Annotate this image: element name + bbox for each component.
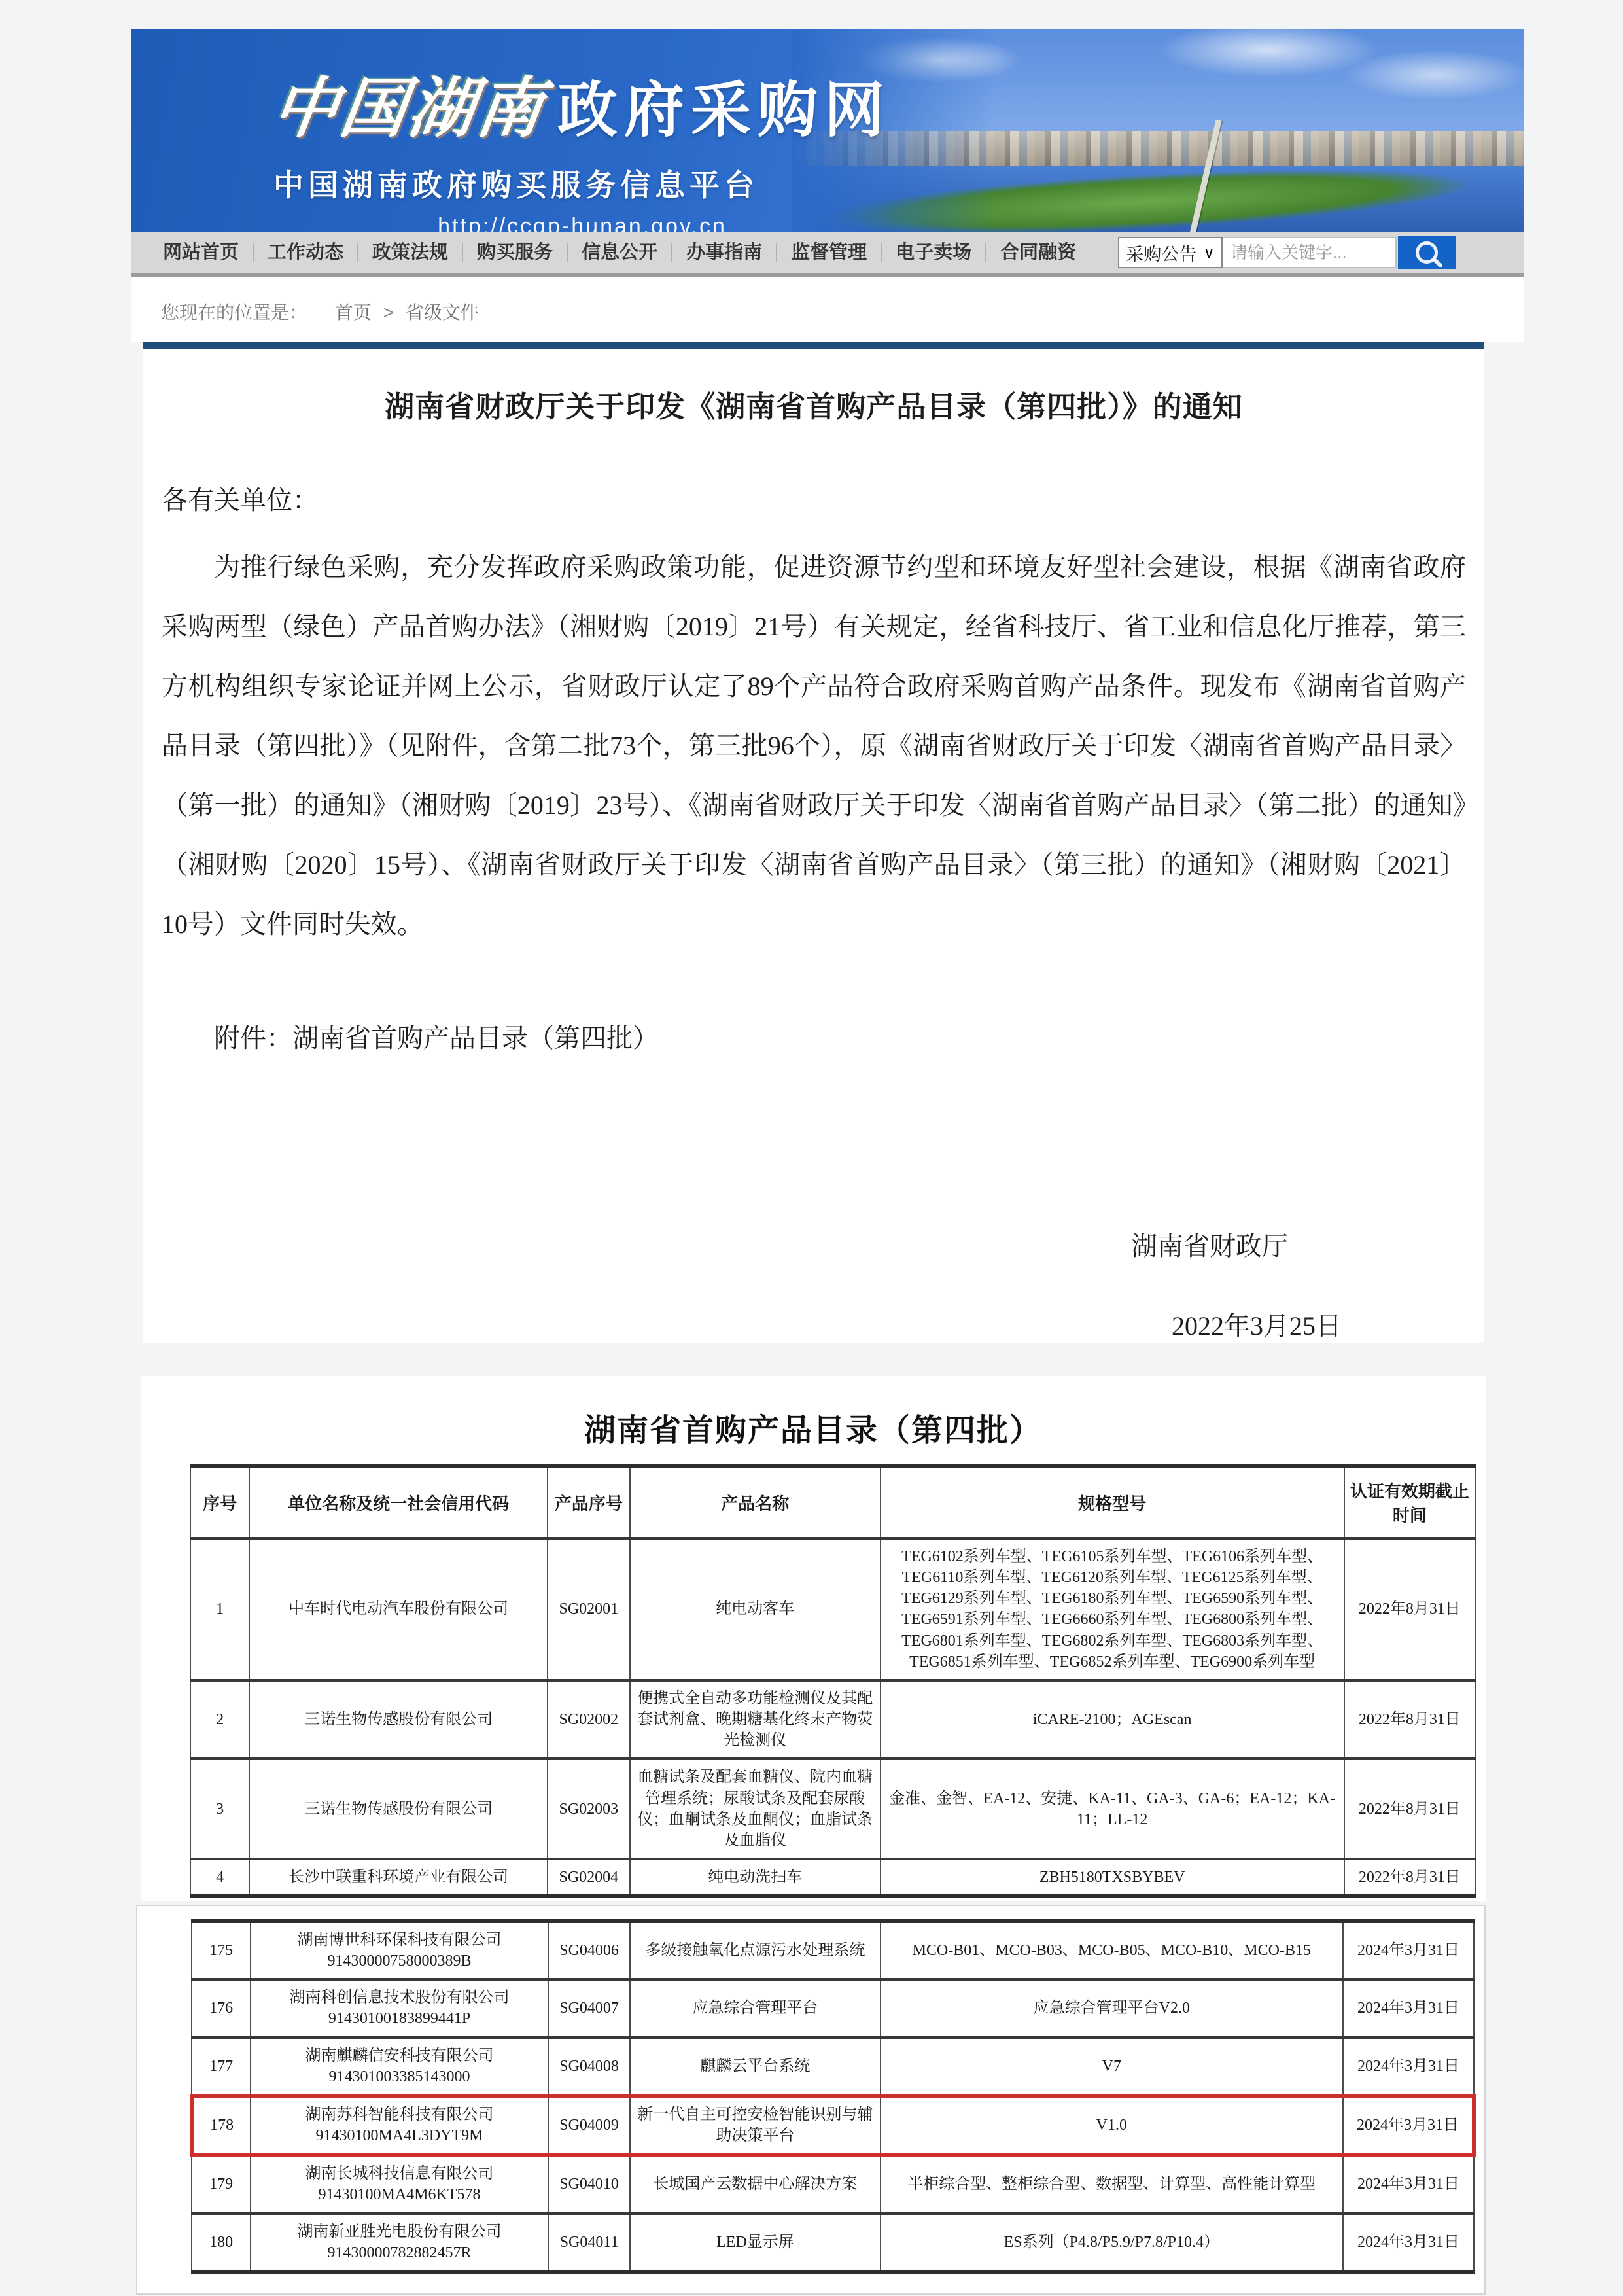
company-credit-code: 91430100MA4M6KT578 [256,2184,542,2205]
logo-main-text: 政府采购网 [557,62,891,149]
notice-date: 2022年3月25日 [1172,1305,1342,1343]
nav-item-2[interactable]: 政策法规 [358,243,463,262]
banner-fade [792,29,1524,232]
catalog-cell-product-no: SG02002 [548,1680,630,1759]
catalog-cell-product-name: 新一代自主可控安检智能识别与辅助决策平台 [630,2096,880,2155]
breadcrumb: 您现在的位置是： 首页 > 省级文件 [161,298,479,325]
catalog-row-1: 1中车时代电动汽车股份有限公司SG02001纯电动客车TEG6102系列车型、T… [190,1538,1475,1680]
catalog-cell-product-name: 纯电动洗扫车 [630,1859,881,1896]
company-name: 长沙中联重科环境产业有限公司 [255,1867,542,1888]
company-credit-code: 914301003385143000 [256,2066,542,2087]
company-credit-code: 91430000758000389B [256,1951,542,1971]
catalog-cell-row-no: 180 [192,2214,251,2272]
catalog-title: 湖南省首购产品目录（第四批） [141,1405,1486,1450]
site-subtitle: 中国湖南政府购买服务信息平台 [273,162,891,205]
catalog-cell-product-name: LED显示屏 [630,2214,880,2272]
catalog-cell-row-no: 3 [190,1759,249,1859]
search-area: 采购公告 ∨ [1118,232,1524,273]
catalog-cell-row-no: 176 [192,1979,251,2037]
search-button[interactable] [1398,236,1456,269]
company-name: 湖南苏科智能科技有限公司 [256,2104,542,2125]
company-name: 湖南博世科环保科技有限公司 [256,1930,542,1951]
nav-item-3[interactable]: 购买服务 [463,243,568,262]
catalog-cell-valid-until: 2022年8月31日 [1344,1859,1475,1896]
nav-item-4[interactable]: 信息公开 [568,243,672,262]
catalog-cell-row-no: 4 [190,1859,249,1896]
nav-item-8[interactable]: 合同融资 [986,243,1090,262]
catalog-cell-company: 三诺生物传感股份有限公司 [249,1680,548,1759]
catalog-table-page2: 175湖南博世科环保科技有限公司91430000758000389BSG0400… [190,1919,1476,2274]
catalog-cell-product-name: 便携式全自动多功能检测仪及其配套试剂盒、晚期糖基化终末产物荧光检测仪 [630,1680,881,1759]
catalog-cell-spec: ZBH5180TXSBYBEV [881,1859,1344,1896]
nav-item-5[interactable]: 办事指南 [672,243,777,262]
notice-signer: 湖南省财政厅 [1131,1226,1288,1263]
catalog-cell-valid-until: 2022年8月31日 [1344,1680,1475,1759]
nav-item-1[interactable]: 工作动态 [254,243,358,262]
catalog-header-cell-4: 规格型号 [881,1466,1344,1538]
page: 中国湖南政府采购网 中国湖南政府购买服务信息平台 http://ccgp-hun… [0,0,1623,2296]
catalog-cell-spec: V7 [881,2038,1344,2096]
catalog-header-cell-3: 产品名称 [630,1466,881,1538]
catalog-header-cell-0: 序号 [190,1466,249,1538]
catalog-cell-spec: MCO-B01、MCO-B03、MCO-B05、MCO-B10、MCO-B15 [881,1921,1344,1979]
catalog-cell-product-no: SG02001 [548,1538,630,1680]
catalog-cell-spec: V1.0 [881,2096,1344,2155]
catalog-page-1: 湖南省首购产品目录（第四批） 序号单位名称及统一社会信用代码产品序号产品名称规格… [141,1376,1486,1901]
catalog-cell-company: 湖南新亚胜光电股份有限公司91430000782882457R [251,2214,548,2272]
site-url: http://ccgp-hunan.gov.cn [273,214,891,232]
catalog-cell-product-no: SG04006 [548,1921,630,1979]
catalog-cell-spec: ES系列（P4.8/P5.9/P7.8/P10.4） [881,2214,1344,2272]
catalog-cell-spec: TEG6102系列车型、TEG6105系列车型、TEG6106系列车型、TEG6… [881,1538,1344,1680]
catalog-cell-company: 湖南博世科环保科技有限公司91430000758000389B [251,1921,548,1979]
catalog-cell-product-no: SG02003 [548,1759,630,1859]
notice-paragraph: 为推行绿色采购，充分发挥政府采购政策功能，促进资源节约型和环境友好型社会建设，根… [162,537,1466,954]
catalog-cell-row-no: 177 [192,2038,251,2096]
catalog-row-179: 179湖南长城科技信息有限公司91430100MA4M6KT578SG04010… [192,2155,1474,2213]
company-name: 三诺生物传感股份有限公司 [255,1799,542,1820]
site-banner: 中国湖南政府采购网 中国湖南政府购买服务信息平台 http://ccgp-hun… [131,29,1524,232]
breadcrumb-prefix: 您现在的位置是： [161,302,307,323]
company-name: 湖南长城科技信息有限公司 [256,2163,542,2184]
catalog-row-3: 3三诺生物传感股份有限公司SG02003血糖试条及配套血糖仪、院内血糖管理系统；… [190,1759,1475,1859]
catalog-cell-company: 湖南长城科技信息有限公司91430100MA4M6KT578 [251,2155,548,2213]
catalog-cell-row-no: 179 [192,2155,251,2213]
catalog-header-cell-5: 认证有效期截止时间 [1344,1466,1475,1538]
company-credit-code: 91430100MA4L3DYT9M [256,2125,542,2146]
catalog-cell-product-name: 多级接触氧化点源污水处理系统 [630,1921,880,1979]
notice-attachment: 附件：湖南省首购产品目录（第四批） [214,1017,659,1055]
company-name: 三诺生物传感股份有限公司 [255,1709,542,1730]
breadcrumb-current-link[interactable]: 省级文件 [406,302,479,323]
catalog-cell-valid-until: 2024年3月31日 [1343,2096,1474,2155]
company-credit-code: 91430100183899441P [256,2008,542,2029]
notice-document: 湖南省财政厅关于印发《湖南省首购产品目录（第四批）》的通知 各有关单位： 为推行… [143,349,1484,1343]
catalog-cell-company: 湖南麒麟信安科技有限公司914301003385143000 [251,2038,548,2096]
catalog-cell-row-no: 2 [190,1680,249,1759]
company-credit-code: 91430000782882457R [256,2242,542,2263]
notice-title: 湖南省财政厅关于印发《湖南省首购产品目录（第四批）》的通知 [143,383,1484,425]
chevron-down-icon: ∨ [1203,243,1215,262]
search-icon [1416,241,1438,264]
catalog-cell-company: 湖南苏科智能科技有限公司91430100MA4L3DYT9M [251,2096,548,2155]
catalog-cell-row-no: 1 [190,1538,249,1680]
catalog-cell-valid-until: 2024年3月31日 [1343,1921,1474,1979]
search-category-dropdown[interactable]: 采购公告 ∨ [1118,237,1223,268]
catalog-cell-valid-until: 2024年3月31日 [1343,2155,1474,2213]
catalog-row-175: 175湖南博世科环保科技有限公司91430000758000389BSG0400… [192,1921,1474,1979]
company-name: 湖南科创信息技术股份有限公司 [256,1987,542,2008]
breadcrumb-bar: 您现在的位置是： 首页 > 省级文件 [131,277,1524,342]
main-navbar: 网站首页工作动态政策法规购买服务信息公开办事指南监督管理电子卖场合同融资 采购公… [131,232,1524,277]
catalog-header-row: 序号单位名称及统一社会信用代码产品序号产品名称规格型号认证有效期截止时间 [190,1466,1475,1538]
nav-menu: 网站首页工作动态政策法规购买服务信息公开办事指南监督管理电子卖场合同融资 [131,232,1090,273]
nav-item-6[interactable]: 监督管理 [777,243,882,262]
catalog-cell-row-no: 175 [192,1921,251,1979]
catalog-cell-spec: 应急综合管理平台V2.0 [881,1979,1344,2037]
breadcrumb-separator: > [383,302,394,323]
catalog-cell-company: 中车时代电动汽车股份有限公司 [249,1538,548,1680]
catalog-cell-valid-until: 2022年8月31日 [1344,1759,1475,1859]
catalog-cell-spec: 半柜综合型、整柜综合型、数据型、计算型、高性能计算型 [881,2155,1344,2213]
navy-divider [143,342,1484,349]
catalog-cell-valid-until: 2024年3月31日 [1343,2038,1474,2096]
catalog-row-4: 4长沙中联重科环境产业有限公司SG02004纯电动洗扫车ZBH5180TXSBY… [190,1859,1475,1896]
catalog-row-176: 176湖南科创信息技术股份有限公司91430100183899441PSG040… [192,1979,1474,2037]
catalog-page-2: 175湖南博世科环保科技有限公司91430000758000389BSG0400… [136,1905,1486,2295]
company-name: 湖南麒麟信安科技有限公司 [256,2045,542,2066]
catalog-cell-product-no: SG04010 [548,2155,630,2213]
catalog-cell-product-no: SG04009 [548,2096,630,2155]
catalog-cell-row-no: 178 [192,2096,251,2155]
notice-salutation: 各有关单位： [162,480,319,517]
catalog-cell-product-no: SG04011 [548,2214,630,2272]
catalog-cell-product-no: SG04007 [548,1979,630,2037]
breadcrumb-home-link[interactable]: 首页 [335,302,372,323]
catalog-table-page1: 序号单位名称及统一社会信用代码产品序号产品名称规格型号认证有效期截止时间 1中车… [190,1464,1476,1898]
catalog-cell-valid-until: 2024年3月31日 [1343,1979,1474,2037]
catalog-cell-valid-until: 2022年8月31日 [1344,1538,1475,1680]
search-category-label: 采购公告 [1126,240,1196,266]
logo-calligraphy-text: 中国湖南 [267,56,552,150]
catalog-cell-product-name: 麒麟云平台系统 [630,2038,880,2096]
catalog-cell-product-name: 应急综合管理平台 [630,1979,880,2037]
nav-item-0[interactable]: 网站首页 [149,243,254,262]
catalog-cell-company: 三诺生物传感股份有限公司 [249,1759,548,1859]
catalog-cell-product-name: 纯电动客车 [630,1538,881,1680]
nav-item-7[interactable]: 电子卖场 [882,243,986,262]
catalog-row-2: 2三诺生物传感股份有限公司SG02002便携式全自动多功能检测仪及其配套试剂盒、… [190,1680,1475,1759]
catalog-cell-company: 长沙中联重科环境产业有限公司 [249,1859,548,1896]
search-input[interactable] [1223,237,1397,268]
catalog-row-178: 178湖南苏科智能科技有限公司91430100MA4L3DYT9MSG04009… [192,2096,1474,2155]
site-logo: 中国湖南政府采购网 中国湖南政府购买服务信息平台 http://ccgp-hun… [273,56,891,232]
catalog-cell-valid-until: 2024年3月31日 [1343,2214,1474,2272]
catalog-cell-product-name: 长城国产云数据中心解决方案 [630,2155,880,2213]
catalog-cell-product-no: SG02004 [548,1859,630,1896]
catalog-cell-spec: 金准、金智、EA-12、安捷、KA-11、GA-3、GA-6；EA-12；KA-… [881,1759,1344,1859]
catalog-cell-spec: iCARE-2100；AGEscan [881,1680,1344,1759]
company-name: 湖南新亚胜光电股份有限公司 [256,2221,542,2242]
catalog-row-177: 177湖南麒麟信安科技有限公司914301003385143000SG04008… [192,2038,1474,2096]
catalog-header-cell-1: 单位名称及统一社会信用代码 [249,1466,548,1538]
company-name: 中车时代电动汽车股份有限公司 [255,1598,542,1619]
catalog-cell-product-name: 血糖试条及配套血糖仪、院内血糖管理系统；尿酸试条及配套尿酸仪；血酮试条及血酮仪；… [630,1759,881,1859]
catalog-row-180: 180湖南新亚胜光电股份有限公司91430000782882457RSG0401… [192,2214,1474,2272]
catalog-cell-product-no: SG04008 [548,2038,630,2096]
catalog-cell-company: 湖南科创信息技术股份有限公司91430100183899441P [251,1979,548,2037]
catalog-header-cell-2: 产品序号 [548,1466,630,1538]
